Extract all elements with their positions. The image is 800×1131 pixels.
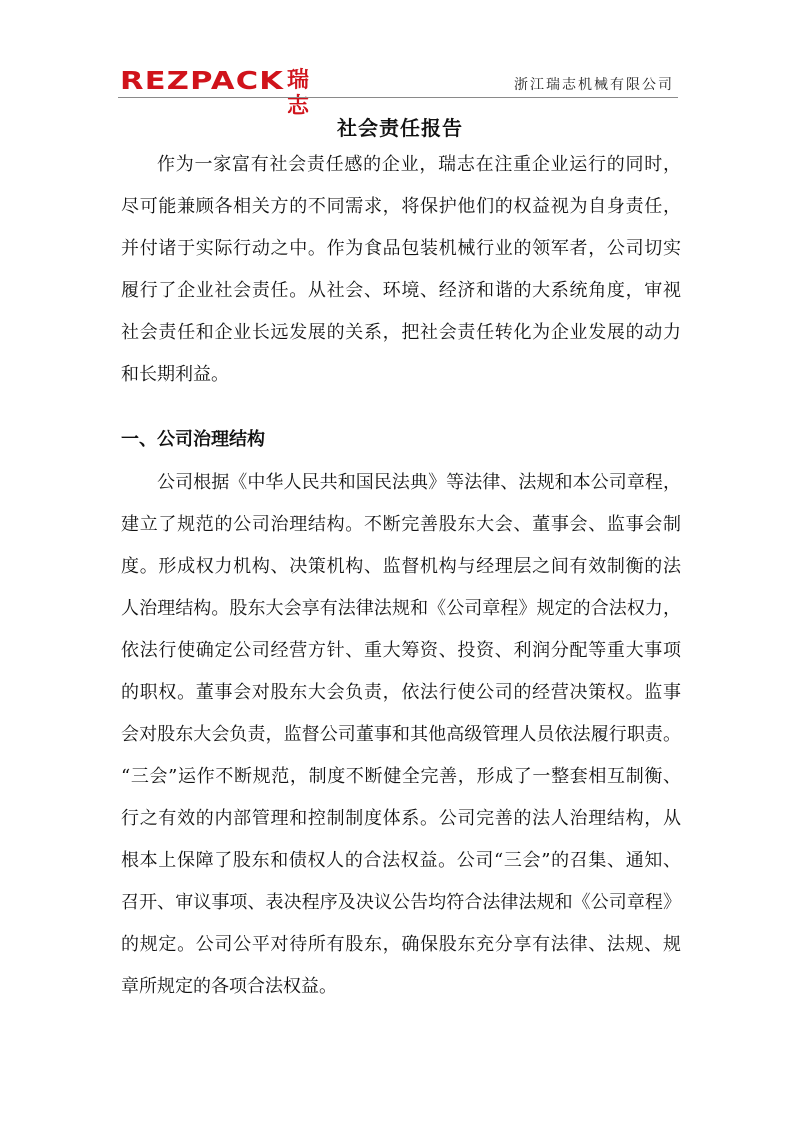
page-header: REZPACK 瑞志 浙江瑞志机械有限公司 [118, 64, 678, 98]
governance-paragraph: 公司根据《中华人民共和国民法典》等法律、法规和本公司章程， 建立了规范的公司治理… [121, 462, 681, 1008]
text-line: 和长期利益。 [121, 354, 681, 396]
logo-wordmark: REZPACK [120, 68, 284, 94]
text-line: 作为一家富有社会责任感的企业，瑞志在注重企业运行的同时， [121, 144, 681, 186]
text-line: 会对股东大会负责，监督公司董事和其他高级管理人员依法履行职责。 [121, 714, 681, 756]
text-line: 公司根据《中华人民共和国民法典》等法律、法规和本公司章程， [121, 462, 681, 504]
text-line: 并付诸于实际行动之中。作为食品包装机械行业的领军者，公司切实 [121, 228, 681, 270]
text-line: “三会”运作不断规范，制度不断健全完善，形成了一整套相互制衡、 [121, 756, 681, 798]
text-line: 人治理结构。股东大会享有法律法规和《公司章程》规定的合法权力， [121, 588, 681, 630]
text-line: 依法行使确定公司经营方针、重大筹资、投资、利润分配等重大事项 [121, 630, 681, 672]
text-line: 根本上保障了股东和债权人的合法权益。公司“三会”的召集、通知、 [121, 840, 681, 882]
company-name: 浙江瑞志机械有限公司 [514, 74, 674, 94]
text-line: 尽可能兼顾各相关方的不同需求，将保护他们的权益视为自身责任， [121, 186, 681, 228]
document-title: 社会责任报告 [0, 113, 800, 143]
intro-paragraph: 作为一家富有社会责任感的企业，瑞志在注重企业运行的同时， 尽可能兼顾各相关方的不… [121, 144, 681, 396]
text-line: 行之有效的内部管理和控制制度体系。公司完善的法人治理结构，从 [121, 798, 681, 840]
section-heading-governance: 一、公司治理结构 [121, 420, 265, 460]
company-logo: REZPACK 瑞志 [120, 68, 255, 94]
text-line: 履行了企业社会责任。从社会、环境、经济和谐的大系统角度，审视 [121, 270, 681, 312]
text-line: 度。形成权力机构、决策机构、监督机构与经理层之间有效制衡的法 [121, 546, 681, 588]
header-divider [118, 97, 678, 98]
text-line: 社会责任和企业长远发展的关系，把社会责任转化为企业发展的动力 [121, 312, 681, 354]
text-line: 章所规定的各项合法权益。 [121, 966, 681, 1008]
text-line: 召开、审议事项、表决程序及决议公告均符合法律法规和《公司章程》 [121, 882, 681, 924]
text-line: 的职权。董事会对股东大会负责，依法行使公司的经营决策权。监事 [121, 672, 681, 714]
text-line: 的规定。公司公平对待所有股东，确保股东充分享有法律、法规、规 [121, 924, 681, 966]
text-line: 建立了规范的公司治理结构。不断完善股东大会、董事会、监事会制 [121, 504, 681, 546]
